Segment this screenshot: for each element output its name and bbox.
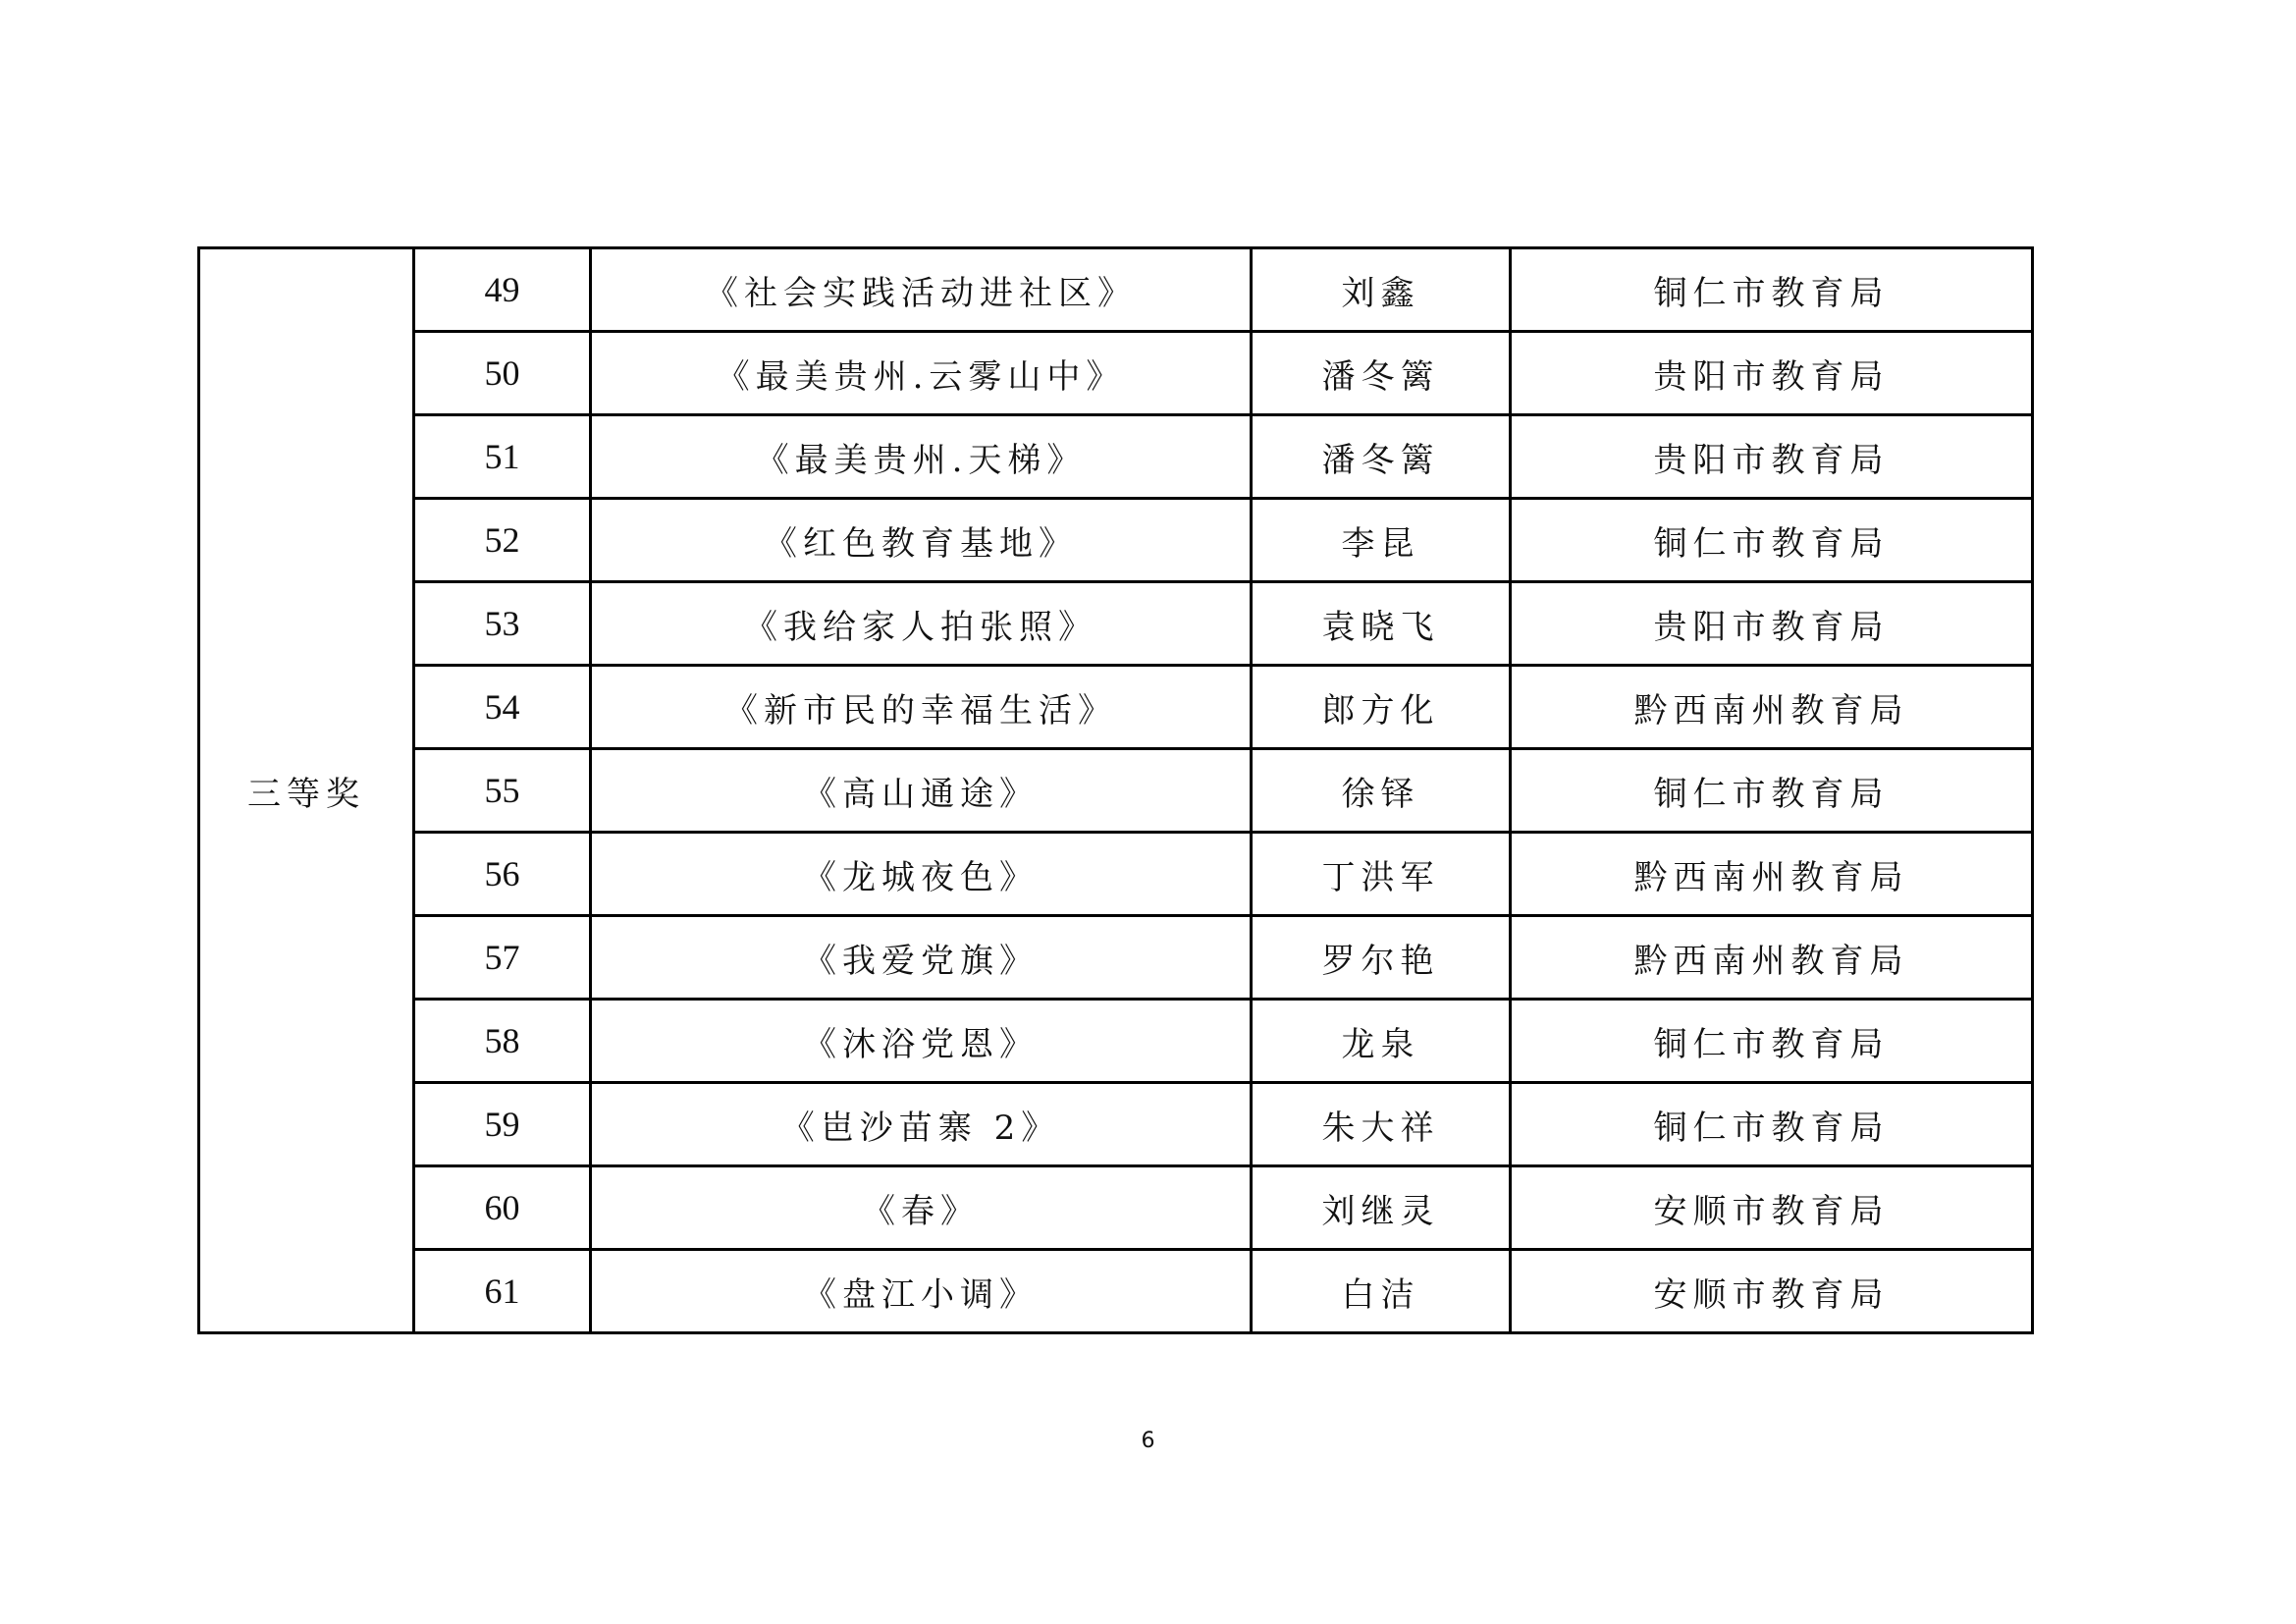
entry-unit: 铜仁市教育局 bbox=[1511, 1000, 2033, 1083]
award-table: 三等奖49《社会实践活动进社区》刘鑫铜仁市教育局50《最美贵州.云雾山中》潘冬篱… bbox=[197, 246, 2034, 1334]
table-row: 三等奖49《社会实践活动进社区》刘鑫铜仁市教育局 bbox=[199, 248, 2033, 332]
entry-author: 徐铎 bbox=[1252, 749, 1511, 833]
entry-author: 白洁 bbox=[1252, 1250, 1511, 1333]
entry-number: 56 bbox=[414, 833, 591, 916]
entry-unit: 铜仁市教育局 bbox=[1511, 499, 2033, 582]
entry-title: 《新市民的幸福生活》 bbox=[591, 666, 1252, 749]
table-row: 58《沐浴党恩》龙泉铜仁市教育局 bbox=[199, 1000, 2033, 1083]
entry-title: 《沐浴党恩》 bbox=[591, 1000, 1252, 1083]
table-row: 54《新市民的幸福生活》郎方化黔西南州教育局 bbox=[199, 666, 2033, 749]
entry-unit: 贵阳市教育局 bbox=[1511, 415, 2033, 499]
entry-unit: 铜仁市教育局 bbox=[1511, 1083, 2033, 1166]
entry-unit: 安顺市教育局 bbox=[1511, 1250, 2033, 1333]
entry-title: 《社会实践活动进社区》 bbox=[591, 248, 1252, 332]
entry-number: 52 bbox=[414, 499, 591, 582]
entry-title: 《红色教育基地》 bbox=[591, 499, 1252, 582]
entry-title: 《高山通途》 bbox=[591, 749, 1252, 833]
entry-unit: 铜仁市教育局 bbox=[1511, 749, 2033, 833]
entry-title: 《最美贵州.天梯》 bbox=[591, 415, 1252, 499]
entry-unit: 黔西南州教育局 bbox=[1511, 916, 2033, 1000]
entry-author: 龙泉 bbox=[1252, 1000, 1511, 1083]
entry-author: 刘继灵 bbox=[1252, 1166, 1511, 1250]
entry-unit: 安顺市教育局 bbox=[1511, 1166, 2033, 1250]
entry-author: 罗尔艳 bbox=[1252, 916, 1511, 1000]
award-table-body: 三等奖49《社会实践活动进社区》刘鑫铜仁市教育局50《最美贵州.云雾山中》潘冬篱… bbox=[199, 248, 2033, 1333]
entry-number: 53 bbox=[414, 582, 591, 666]
table-row: 55《高山通途》徐铎铜仁市教育局 bbox=[199, 749, 2033, 833]
entry-number: 51 bbox=[414, 415, 591, 499]
entry-author: 李昆 bbox=[1252, 499, 1511, 582]
entry-author: 丁洪军 bbox=[1252, 833, 1511, 916]
entry-number: 55 bbox=[414, 749, 591, 833]
table-row: 53《我给家人拍张照》袁晓飞贵阳市教育局 bbox=[199, 582, 2033, 666]
entry-title: 《春》 bbox=[591, 1166, 1252, 1250]
table-row: 60《春》刘继灵安顺市教育局 bbox=[199, 1166, 2033, 1250]
entry-title: 《龙城夜色》 bbox=[591, 833, 1252, 916]
entry-unit: 黔西南州教育局 bbox=[1511, 666, 2033, 749]
entry-author: 潘冬篱 bbox=[1252, 415, 1511, 499]
entry-unit: 贵阳市教育局 bbox=[1511, 332, 2033, 415]
entry-number: 60 bbox=[414, 1166, 591, 1250]
entry-number: 57 bbox=[414, 916, 591, 1000]
entry-author: 袁晓飞 bbox=[1252, 582, 1511, 666]
entry-title: 《盘江小调》 bbox=[591, 1250, 1252, 1333]
entry-author: 朱大祥 bbox=[1252, 1083, 1511, 1166]
entry-author: 刘鑫 bbox=[1252, 248, 1511, 332]
entry-number: 61 bbox=[414, 1250, 591, 1333]
table-row: 57《我爱党旗》罗尔艳黔西南州教育局 bbox=[199, 916, 2033, 1000]
table-row: 59《岜沙苗寨 2》朱大祥铜仁市教育局 bbox=[199, 1083, 2033, 1166]
table-row: 51《最美贵州.天梯》潘冬篱贵阳市教育局 bbox=[199, 415, 2033, 499]
entry-number: 49 bbox=[414, 248, 591, 332]
table-row: 50《最美贵州.云雾山中》潘冬篱贵阳市教育局 bbox=[199, 332, 2033, 415]
entry-author: 潘冬篱 bbox=[1252, 332, 1511, 415]
entry-unit: 贵阳市教育局 bbox=[1511, 582, 2033, 666]
award-level-cell: 三等奖 bbox=[199, 248, 414, 1333]
entry-number: 59 bbox=[414, 1083, 591, 1166]
entry-title: 《岜沙苗寨 2》 bbox=[591, 1083, 1252, 1166]
entry-title: 《我爱党旗》 bbox=[591, 916, 1252, 1000]
entry-title: 《最美贵州.云雾山中》 bbox=[591, 332, 1252, 415]
table-row: 52《红色教育基地》李昆铜仁市教育局 bbox=[199, 499, 2033, 582]
entry-number: 50 bbox=[414, 332, 591, 415]
entry-unit: 黔西南州教育局 bbox=[1511, 833, 2033, 916]
entry-unit: 铜仁市教育局 bbox=[1511, 248, 2033, 332]
entry-title: 《我给家人拍张照》 bbox=[591, 582, 1252, 666]
entry-number: 54 bbox=[414, 666, 591, 749]
entry-number: 58 bbox=[414, 1000, 591, 1083]
entry-author: 郎方化 bbox=[1252, 666, 1511, 749]
page-number: 6 bbox=[0, 1429, 2296, 1453]
table-row: 61《盘江小调》白洁安顺市教育局 bbox=[199, 1250, 2033, 1333]
table-row: 56《龙城夜色》丁洪军黔西南州教育局 bbox=[199, 833, 2033, 916]
